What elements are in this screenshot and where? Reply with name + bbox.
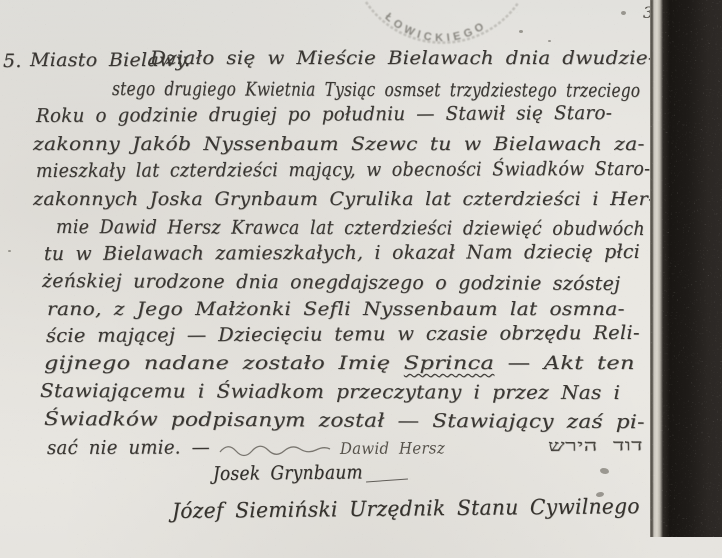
book-gutter-band	[650, 0, 722, 537]
record-line: zakonny Jakób Nyssenbaum Szewc tu w Biel…	[33, 134, 645, 155]
record-line: ście mającej — Dziecięciu temu w czasie …	[46, 323, 640, 347]
name-line-pre: gijnego nadane zostało Imię	[44, 352, 404, 374]
given-name-underlined: Sprinca	[404, 352, 494, 374]
stamp-arc-text: ŁOWICKIEGO	[383, 11, 490, 44]
record-line: tu w Bielawach zamieszkałych, i okazał N…	[44, 242, 640, 265]
record-line: zakonnych Joska Grynbaum Cyrulika lat cz…	[33, 189, 655, 210]
scanned-record-page: ŁOWICKIEGO 3. 5. Miasto Bielawy. Działo …	[0, 0, 722, 558]
ink-speck	[519, 30, 523, 33]
signature-witness-dawid-hersz: Dawid Hersz	[340, 439, 445, 457]
ink-speck	[600, 468, 609, 474]
record-line: sać nie umie. —	[47, 437, 210, 458]
signature-josek-grynbaum: Josek Grynbaum	[213, 462, 363, 484]
ink-speck	[621, 11, 626, 15]
svg-text:ŁOWICKIEGO: ŁOWICKIEGO	[383, 11, 490, 44]
record-line: stego drugiego Kwietnia Tysiąc osmset tr…	[112, 79, 640, 102]
record-line-opening: Działo się w Mieście Bielawach dnia dwud…	[150, 48, 655, 69]
ink-speck	[548, 40, 551, 42]
record-line: Świadków podpisanym został — Stawiający …	[44, 409, 645, 433]
signature-flourish	[366, 479, 408, 483]
record-line: Stawiającemu i Świadkom przeczytany i pr…	[40, 381, 620, 404]
entry-number: 5.	[3, 51, 22, 72]
illegible-scrawl	[218, 441, 333, 457]
record-line: Roku o godzinie drugiej po południu — St…	[36, 103, 612, 127]
registry-stamp: ŁOWICKIEGO	[352, 0, 542, 54]
record-line: mie Dawid Hersz Krawca lat czterdzieści …	[56, 217, 645, 240]
name-line-post: — Akt ten	[494, 352, 635, 374]
signature-registrar: Józef Siemiński Urzędnik Stanu Cywilnego	[172, 495, 640, 523]
signature-witness-hebrew: דוד הירש	[548, 436, 643, 454]
record-line-name: gijnego nadane zostało Imię Sprinca — Ak…	[44, 353, 635, 374]
record-line: rano, z Jego Małżonki Sefli Nyssenbaum l…	[47, 299, 625, 320]
ink-speck	[8, 250, 11, 252]
record-line: żeńskiej urodzone dnia onegdajszego o go…	[42, 271, 620, 295]
record-line: mieszkały lat czterdzieści mający, w obe…	[36, 159, 650, 182]
